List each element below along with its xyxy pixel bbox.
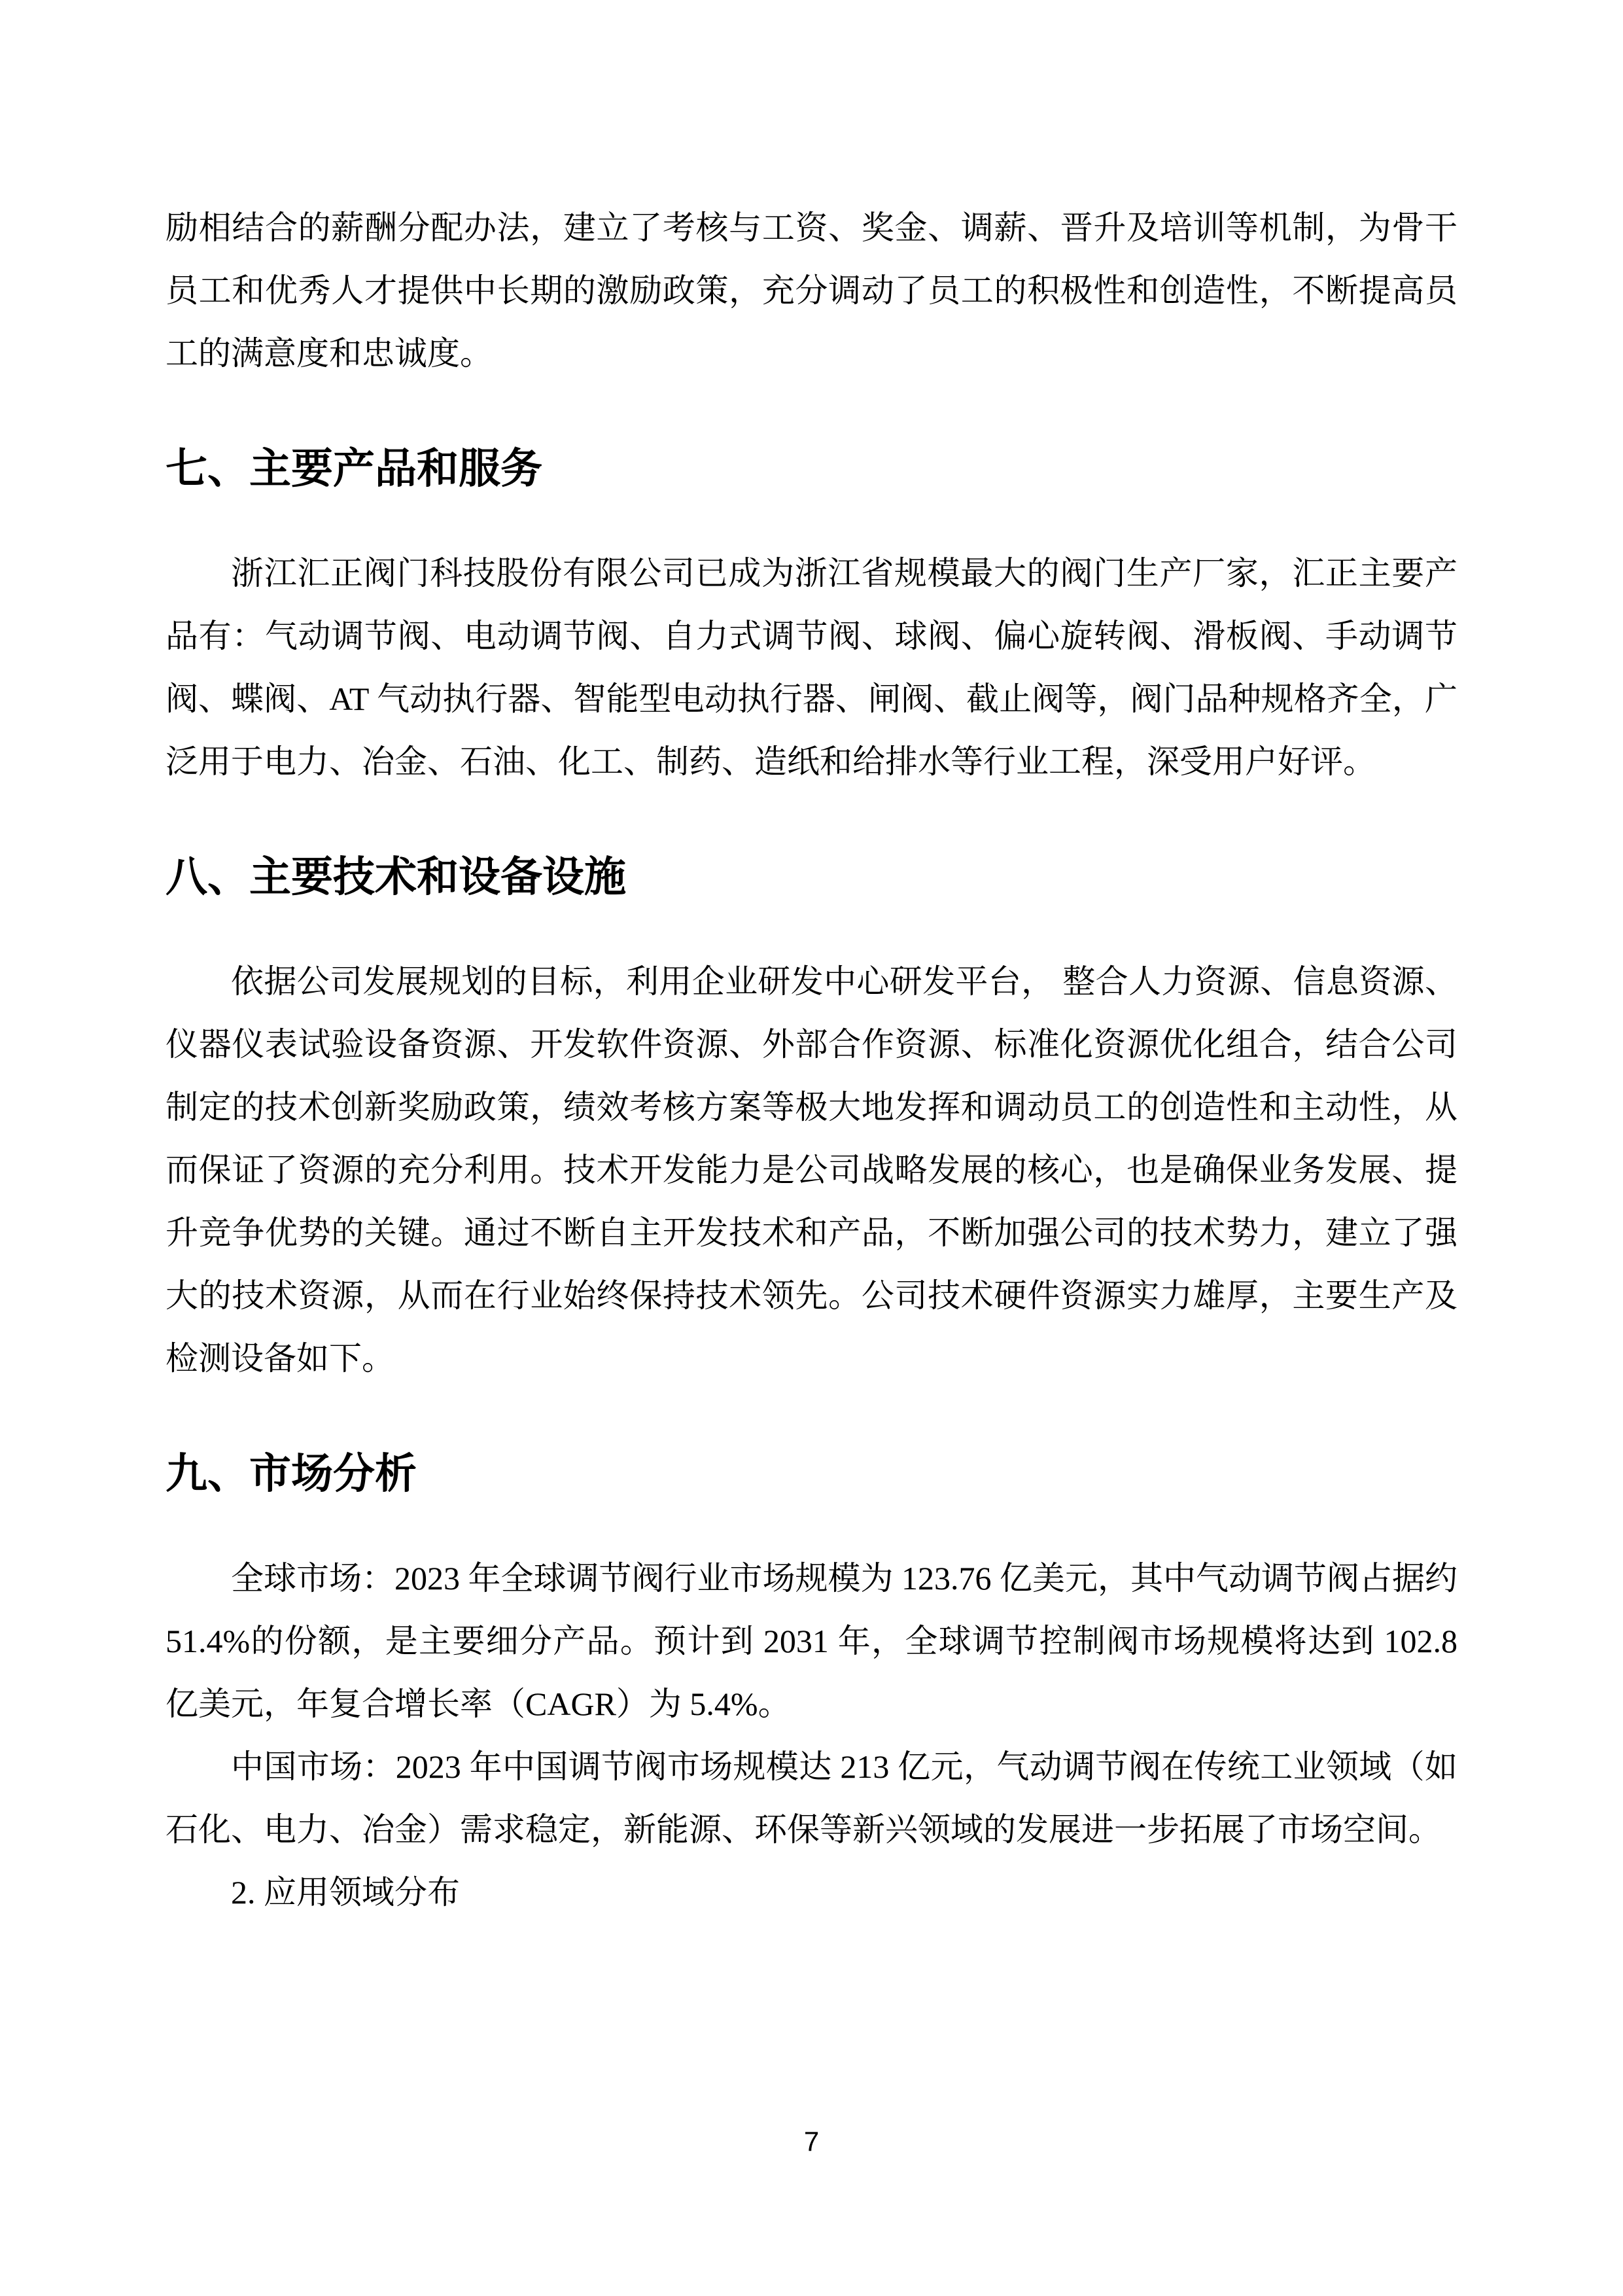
page-content: 励相结合的薪酬分配办法，建立了考核与工资、奖金、调薪、晋升及培训等机制，为骨干员… — [166, 196, 1457, 1924]
section-heading-products-services: 七、主要产品和服务 — [166, 436, 1457, 501]
china-market-paragraph: 中国市场：2023 年中国调节阀市场规模达 213 亿元，气动调节阀在传统工业领… — [166, 1735, 1457, 1861]
products-services-paragraph: 浙江汇正阀门科技股份有限公司已成为浙江省规模最大的阀门生产厂家，汇正主要产品有：… — [166, 542, 1457, 793]
section-heading-market-analysis: 九、市场分析 — [166, 1441, 1457, 1506]
section-heading-technology-equipment: 八、主要技术和设备设施 — [166, 844, 1457, 910]
numbered-list-item-application-fields: 2. 应用领域分布 — [166, 1861, 1457, 1924]
page-number: 7 — [0, 2125, 1623, 2158]
technology-equipment-paragraph: 依据公司发展规划的目标，利用企业研发中心研发平台， 整合人力资源、信息资源、仪器… — [166, 950, 1457, 1390]
continuation-paragraph: 励相结合的薪酬分配办法，建立了考核与工资、奖金、调薪、晋升及培训等机制，为骨干员… — [166, 196, 1457, 385]
document-page: 励相结合的薪酬分配办法，建立了考核与工资、奖金、调薪、晋升及培训等机制，为骨干员… — [0, 0, 1623, 2296]
global-market-paragraph: 全球市场：2023 年全球调节阀行业市场规模为 123.76 亿美元，其中气动调… — [166, 1547, 1457, 1735]
